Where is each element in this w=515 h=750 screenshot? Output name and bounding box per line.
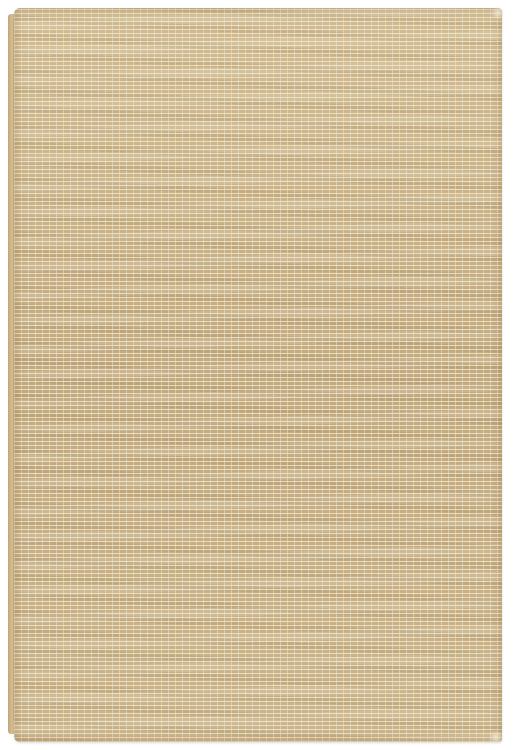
- book-cover: [14, 8, 502, 742]
- worn-corner-top-right: [491, 6, 505, 20]
- worn-corner-bottom-right: [489, 730, 503, 744]
